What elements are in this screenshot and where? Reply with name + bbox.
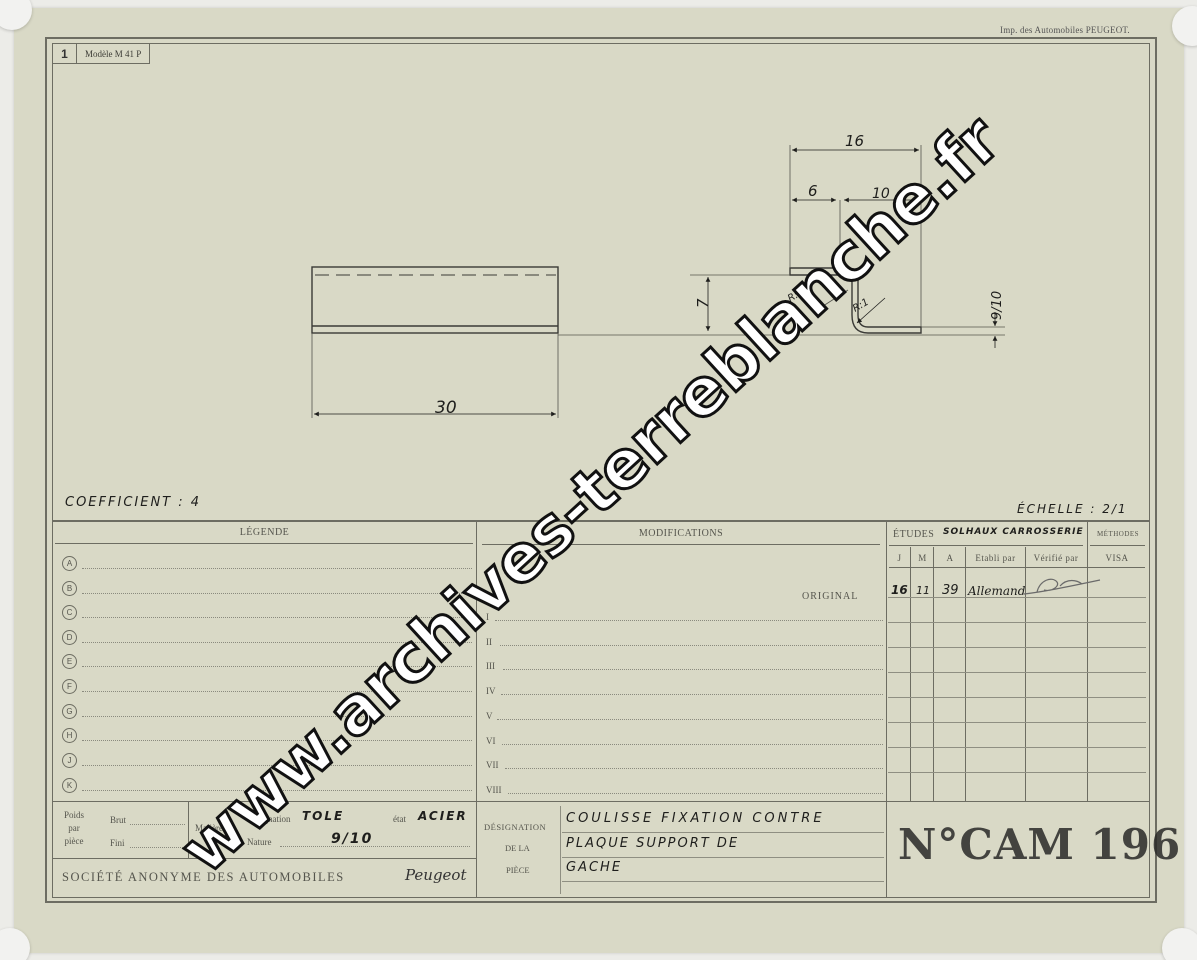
modification-line [495,620,883,621]
fini-label: Fini [110,838,125,848]
modification-index: VIII [486,785,502,795]
designation-piece-label-3: PIÈCE [506,865,530,875]
grid-line [888,772,1146,773]
col-visa: VISA [1087,553,1147,563]
divider [965,547,966,801]
col-j: J [888,553,911,563]
divider [889,545,1083,546]
entry-j: 16 [891,583,908,597]
divider [562,881,884,882]
col-etabli: Etabli par [966,553,1025,563]
piece-line-3: GACHE [566,860,622,875]
legende-line [82,716,472,717]
divider [1087,521,1088,801]
piece-line-1: COULISSE FIXATION CONTRE [566,811,825,826]
poids-label-line: Poids [59,809,89,822]
grid-line [888,722,1146,723]
divider [889,567,1145,568]
entry-m: 11 [916,584,930,597]
nature-value: 9/10 [331,831,373,847]
legende-marker: F [62,679,77,694]
legende-marker: D [62,630,77,645]
modification-index: VII [486,760,499,770]
divider [910,547,911,801]
dim-6: 6 [808,182,818,200]
poids-label: Poids par pièce [59,809,89,848]
divider [562,857,884,858]
methodes-title: MÉTHODES [1090,530,1146,538]
modification-line [503,669,883,670]
coefficient: COEFFICIENT : 4 [65,495,201,510]
etudes-title: ÉTUDES [893,529,934,540]
designation-piece-label-1: DÉSIGNATION [484,822,546,832]
signature-verifie [1022,572,1102,602]
modification-line [500,645,883,646]
designation-piece-label-2: DE LA [505,843,530,853]
entry-a: 39 [942,583,959,598]
nature-line [280,846,470,847]
dim-16: 16 [845,132,864,150]
divider [55,543,473,544]
front-view [312,267,558,333]
legende-marker: A [62,556,77,571]
entry-etabli: Allemand [968,584,1025,598]
legende-marker: K [62,778,77,793]
col-m: M [911,553,934,563]
legende-marker: B [62,581,77,596]
grid-line [888,747,1146,748]
etat-value: ACIER [418,809,468,823]
modification-line [508,793,883,794]
piece-line-2: PLAQUE SUPPORT DE [566,836,739,851]
modification-index: IV [486,686,496,696]
modification-line [502,744,883,745]
modification-line [505,768,883,769]
poids-label-line: par [59,822,89,835]
brut-label: Brut [110,815,126,825]
col-verifie: Vérifié par [1025,553,1087,563]
modification-line [501,694,883,695]
designation-value: TOLE [302,809,344,823]
modification-index: III [486,661,495,671]
part-number-stamp: N°CAM 196 [898,820,1181,869]
legende-marker: J [62,753,77,768]
legende-marker: E [62,654,77,669]
dim-thickness: 9/10 [990,291,1005,320]
legende-line [82,593,472,594]
legende-title: LÉGENDE [53,527,476,538]
divider [1090,545,1145,546]
original-label: ORIGINAL [802,591,858,602]
legende-marker: H [62,728,77,743]
scale: ÉCHELLE : 2/1 [1017,502,1128,516]
divider [53,858,476,859]
poids-label-line: pièce [59,835,89,848]
fini-line [130,847,185,848]
modification-index: V [486,711,493,721]
grid-line [888,697,1146,698]
peugeot-logo: Peugeot [405,866,467,884]
divider [886,521,887,897]
etudes-department: SOLHAUX CARROSSERIE [943,527,1084,537]
col-a: A [934,553,966,563]
legende-marker: G [62,704,77,719]
grid-line [888,647,1146,648]
brace [560,806,561,894]
etat-label: état [393,814,406,824]
legende-marker: C [62,605,77,620]
divider [933,547,934,801]
dim-7: 7 [694,298,712,308]
grid-line [888,672,1146,673]
modification-line [497,719,883,720]
legende-line [82,568,472,569]
divider [562,832,884,833]
dim-30: 30 [435,398,457,418]
grid-line [888,622,1146,623]
modification-index: VI [486,736,496,746]
